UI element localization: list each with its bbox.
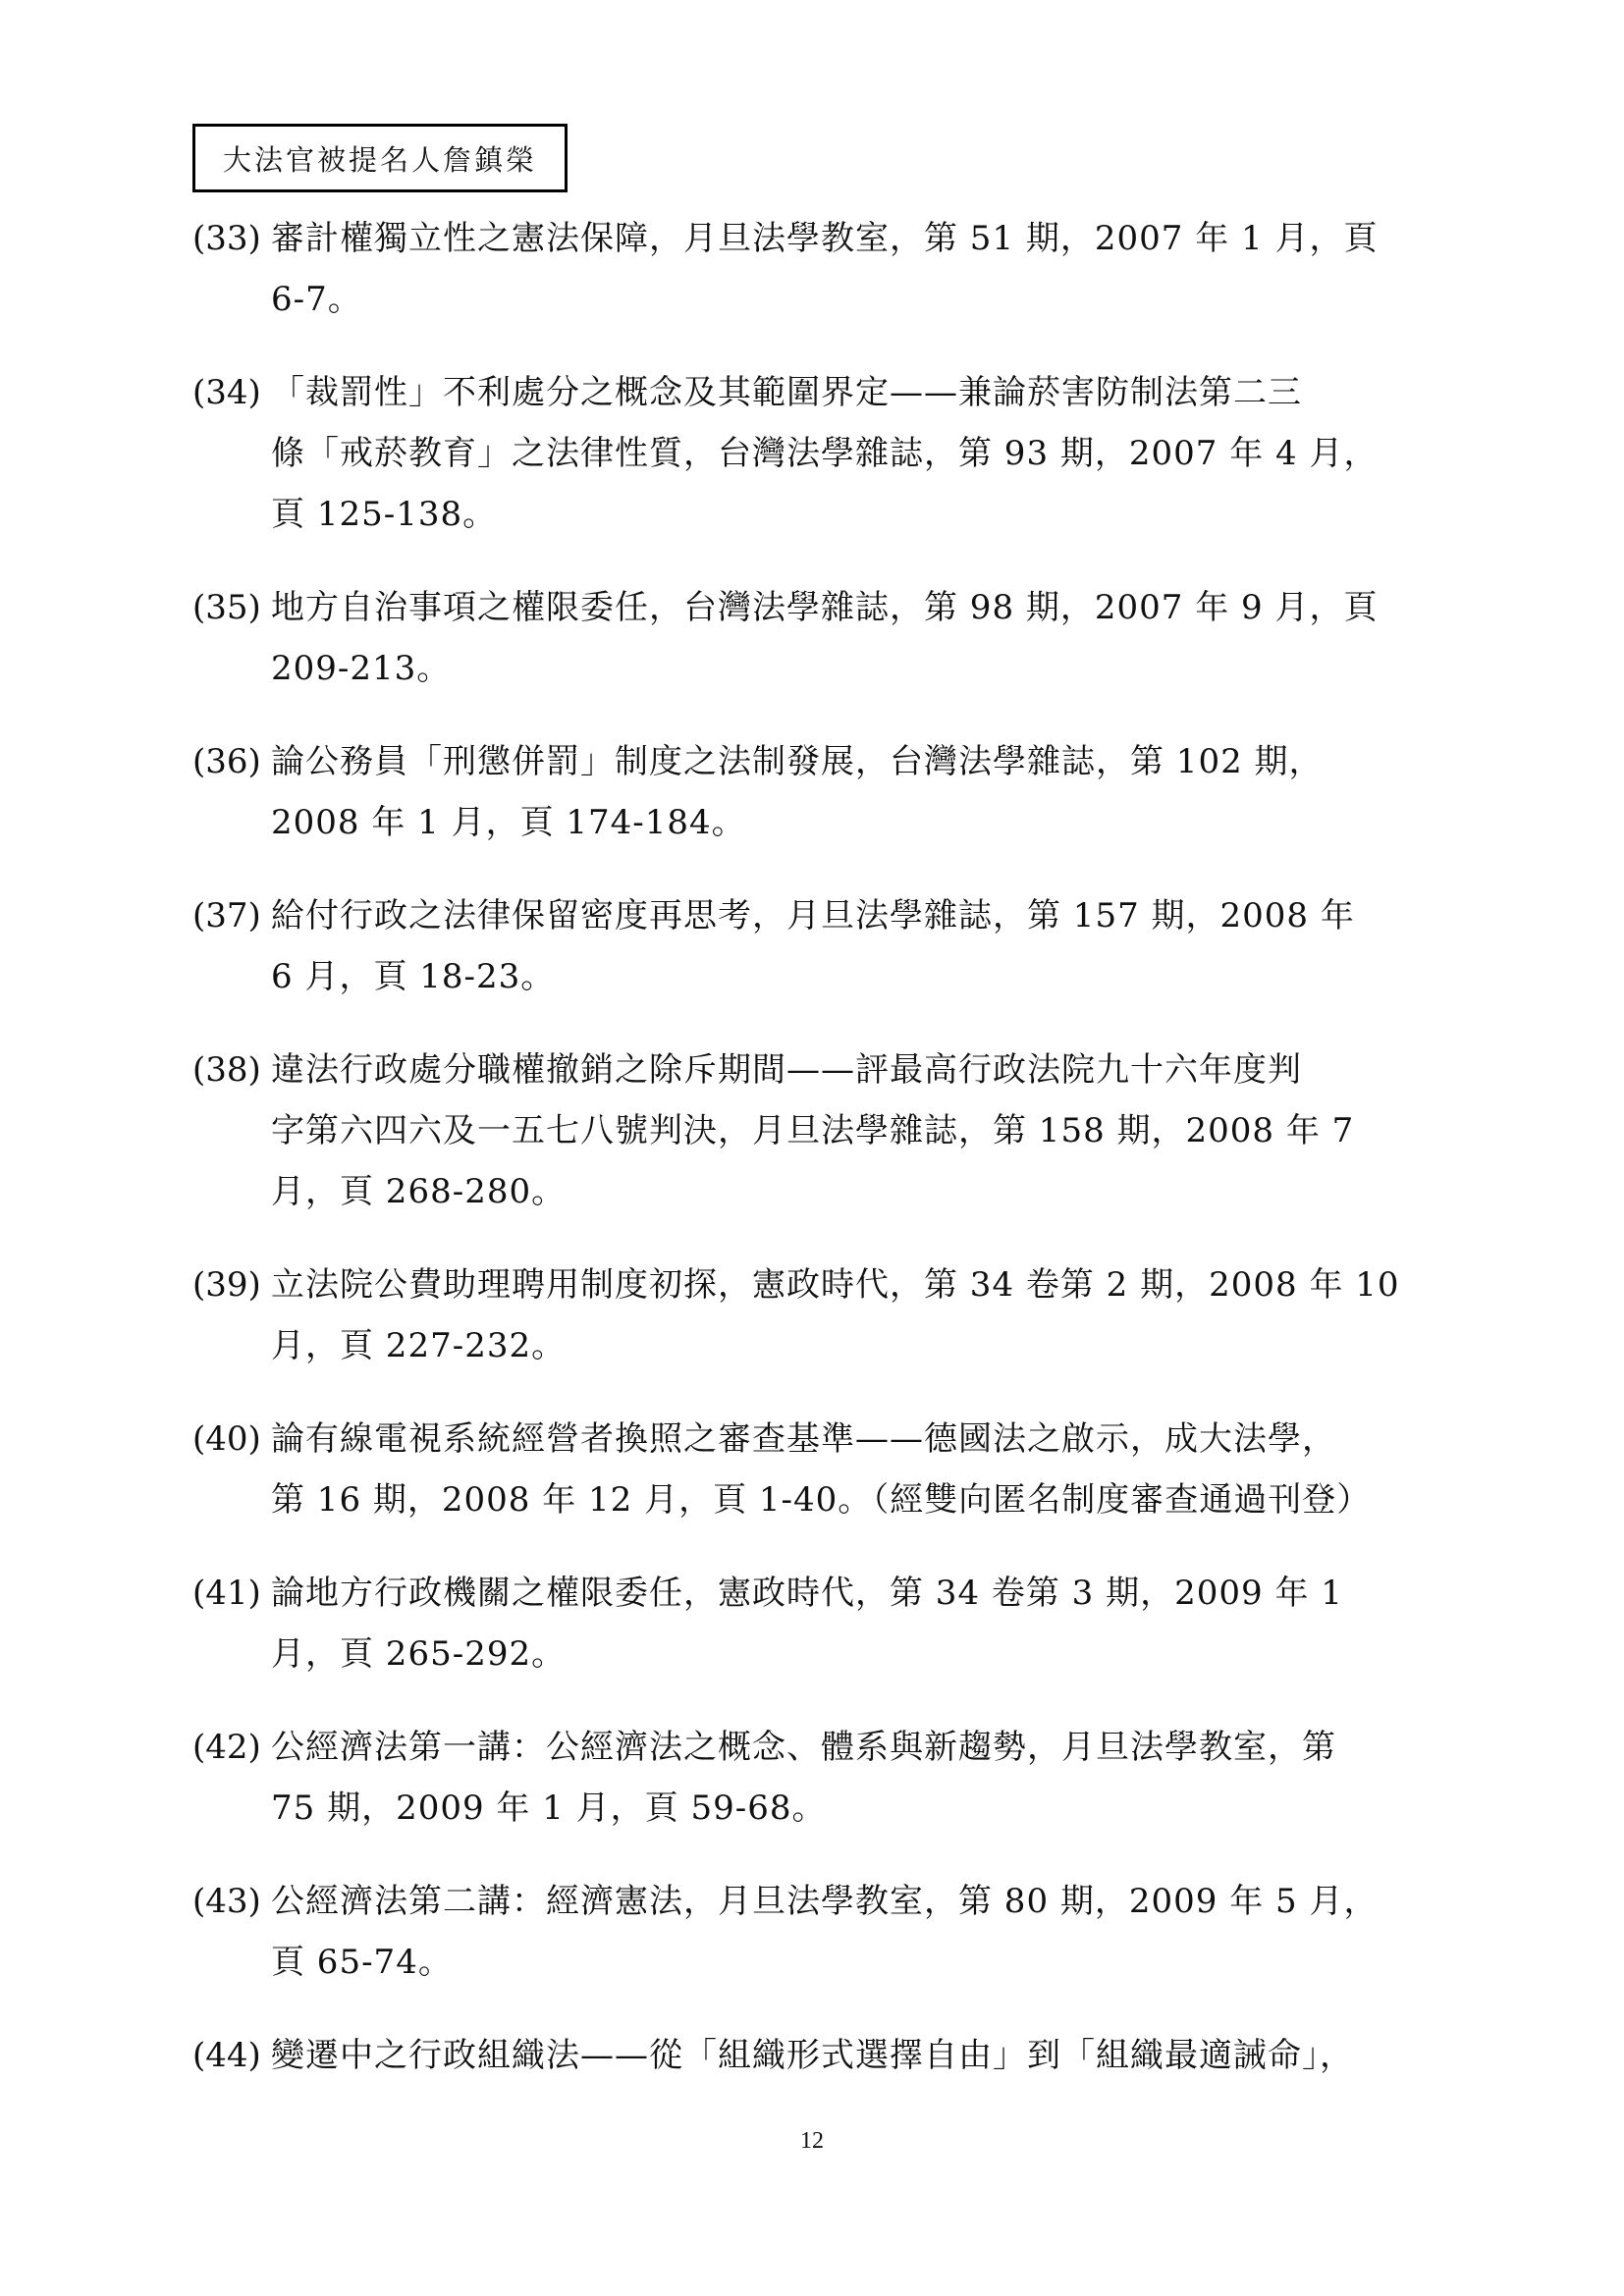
reference-item: (35)地方自治事項之權限委任，台灣法學雜誌，第 98 期，2007 年 9 月… (192, 577, 1432, 699)
reference-continuation-line: 條「戒菸教育」之法律性質，台灣法學雜誌，第 93 期，2007 年 4 月， (271, 423, 1432, 484)
reference-list: (33)審計權獨立性之憲法保障，月旦法學教室，第 51 期，2007 年 1 月… (192, 208, 1432, 2118)
reference-item: (40)論有線電視系統經營者換照之審查基準——德國法之啟示，成大法學，第 16 … (192, 1409, 1432, 1530)
reference-title-line: 「裁罰性」不利處分之概念及其範圍界定——兼論菸害防制法第二三 (271, 362, 1432, 423)
reference-continuation-line: 第 16 期，2008 年 12 月，頁 1-40。（經雙向匿名制度審查通過刊登… (271, 1469, 1432, 1530)
reference-item: (43)公經濟法第二講：經濟憲法，月旦法學教室，第 80 期，2009 年 5 … (192, 1871, 1432, 1993)
reference-title-line: 論地方行政機關之權限委任，憲政時代，第 34 卷第 3 期，2009 年 1 (271, 1563, 1432, 1624)
reference-item: (44)變遷中之行政組織法——從「組織形式選擇自由」到「組織最適誡命」， (192, 2025, 1432, 2086)
reference-number: (44) (192, 2025, 271, 2086)
reference-number: (35) (192, 577, 271, 638)
reference-continuation-line: 75 期，2009 年 1 月，頁 59-68。 (271, 1778, 1432, 1839)
reference-title-line: 變遷中之行政組織法——從「組織形式選擇自由」到「組織最適誡命」， (271, 2025, 1432, 2086)
reference-number: (39) (192, 1255, 271, 1315)
reference-number: (38) (192, 1040, 271, 1100)
reference-title-line: 公經濟法第二講：經濟憲法，月旦法學教室，第 80 期，2009 年 5 月， (271, 1871, 1432, 1932)
reference-title-line: 違法行政處分職權撤銷之除斥期間——評最高行政法院九十六年度判 (271, 1040, 1432, 1100)
document-header-box: 大法官被提名人詹鎮榮 (192, 124, 568, 192)
reference-continuation-line: 6 月，頁 18-23。 (271, 946, 1432, 1007)
reference-item: (37)給付行政之法律保留密度再思考，月旦法學雜誌，第 157 期，2008 年… (192, 885, 1432, 1007)
reference-continuation-line: 字第六四六及一五七八號判決，月旦法學雜誌，第 158 期，2008 年 7 (271, 1100, 1432, 1161)
reference-continuation-line: 頁 65-74。 (271, 1932, 1432, 1993)
reference-continuation-line: 月，頁 268-280。 (271, 1161, 1432, 1222)
reference-item: (36)論公務員「刑懲併罰」制度之法制發展，台灣法學雜誌，第 102 期，200… (192, 731, 1432, 853)
reference-number: (42) (192, 1717, 271, 1778)
reference-title-line: 審計權獨立性之憲法保障，月旦法學教室，第 51 期，2007 年 1 月，頁 (271, 208, 1432, 269)
reference-item: (33)審計權獨立性之憲法保障，月旦法學教室，第 51 期，2007 年 1 月… (192, 208, 1432, 330)
reference-title-line: 論有線電視系統經營者換照之審查基準——德國法之啟示，成大法學， (271, 1409, 1432, 1469)
page-number: 12 (0, 2128, 1624, 2155)
reference-number: (40) (192, 1409, 271, 1469)
header-label: 大法官被提名人詹鎮榮 (223, 138, 537, 179)
reference-number: (41) (192, 1563, 271, 1624)
reference-number: (43) (192, 1871, 271, 1932)
reference-item: (42)公經濟法第一講：公經濟法之概念、體系與新趨勢，月旦法學教室，第75 期，… (192, 1717, 1432, 1839)
reference-continuation-line: 月，頁 227-232。 (271, 1315, 1432, 1376)
reference-title-line: 地方自治事項之權限委任，台灣法學雜誌，第 98 期，2007 年 9 月，頁 (271, 577, 1432, 638)
reference-title-line: 論公務員「刑懲併罰」制度之法制發展，台灣法學雜誌，第 102 期， (271, 731, 1432, 792)
reference-item: (41)論地方行政機關之權限委任，憲政時代，第 34 卷第 3 期，2009 年… (192, 1563, 1432, 1684)
reference-continuation-line: 2008 年 1 月，頁 174-184。 (271, 792, 1432, 853)
reference-number: (33) (192, 208, 271, 269)
reference-title-line: 立法院公費助理聘用制度初探，憲政時代，第 34 卷第 2 期，2008 年 10 (271, 1255, 1432, 1315)
reference-continuation-line: 209-213。 (271, 638, 1432, 699)
reference-continuation-line: 6-7。 (271, 269, 1432, 330)
reference-title-line: 公經濟法第一講：公經濟法之概念、體系與新趨勢，月旦法學教室，第 (271, 1717, 1432, 1778)
reference-continuation-line: 月，頁 265-292。 (271, 1624, 1432, 1684)
reference-continuation-line: 頁 125-138。 (271, 484, 1432, 545)
reference-number: (37) (192, 885, 271, 946)
reference-item: (39)立法院公費助理聘用制度初探，憲政時代，第 34 卷第 2 期，2008 … (192, 1255, 1432, 1376)
reference-item: (34)「裁罰性」不利處分之概念及其範圍界定——兼論菸害防制法第二三條「戒菸教育… (192, 362, 1432, 545)
reference-item: (38)違法行政處分職權撤銷之除斥期間——評最高行政法院九十六年度判字第六四六及… (192, 1040, 1432, 1222)
reference-number: (34) (192, 362, 271, 423)
reference-number: (36) (192, 731, 271, 792)
reference-title-line: 給付行政之法律保留密度再思考，月旦法學雜誌，第 157 期，2008 年 (271, 885, 1432, 946)
